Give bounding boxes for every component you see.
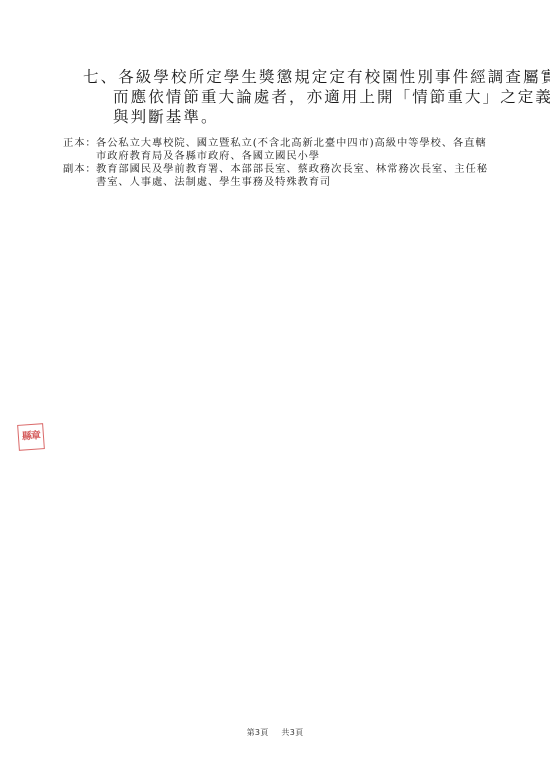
item-seven-line-2: 而應依情節重大論處者，亦適用上開「情節重大」之定義 [83,87,503,107]
primary-recipients-line-2: 市政府教育局及各縣市政府、各國立國民小學 [96,150,487,163]
copy-recipients-line-1: 教育部國民及學前教育署、本部部長室、蔡政務次長室、林常務次長室、主任秘 [96,163,488,176]
copy-recipients: 副本： 教育部國民及學前教育署、本部部長室、蔡政務次長室、林常務次長室、主任秘 … [63,163,513,189]
copy-recipients-line-2: 書室、人事處、法制處、學生事務及特殊教育司 [96,176,488,189]
page-number-total: 共3頁 [281,728,303,737]
primary-recipients: 正本： 各公私立大專校院、國立暨私立(不含北高新北臺中四市)高級中等學校、各直轄… [63,137,513,163]
primary-recipients-label: 正本： [63,137,96,163]
page-footer: 第3頁 共3頁 [0,727,550,738]
seal-text: 縣章 [22,431,41,442]
official-seal-stamp-icon: 縣章 [17,423,45,451]
copy-recipients-label: 副本： [63,163,96,189]
page-number-current: 第3頁 [247,728,269,737]
item-seven-paragraph: 七、各級學校所定學生獎懲規定定有校園性別事件經調查屬實， 而應依情節重大論處者，… [83,67,503,127]
item-seven-line-1: 七、各級學校所定學生獎懲規定定有校園性別事件經調查屬實， [83,67,503,87]
distribution-list: 正本： 各公私立大專校院、國立暨私立(不含北高新北臺中四市)高級中等學校、各直轄… [63,137,513,189]
item-seven-line-3: 與判斷基準。 [83,107,503,127]
primary-recipients-line-1: 各公私立大專校院、國立暨私立(不含北高新北臺中四市)高級中等學校、各直轄 [96,137,487,150]
